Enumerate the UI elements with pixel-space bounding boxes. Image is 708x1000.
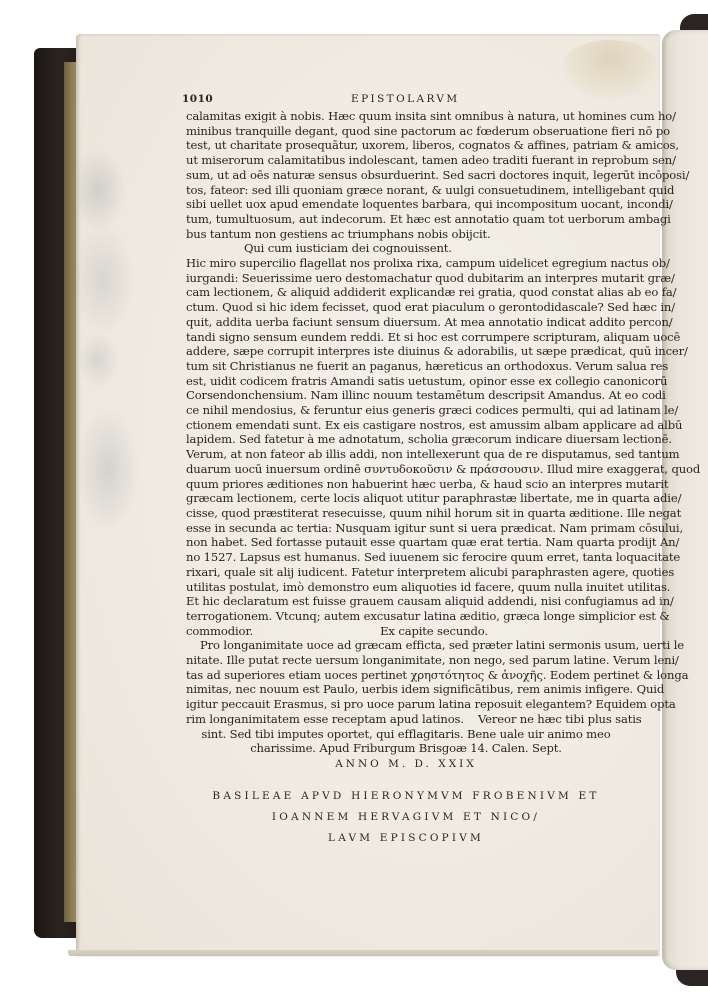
text-line: charissime. Apud Friburgum Brisgoæ 14. C… [186,741,626,756]
text-line-with-heading: commodior. Ex capite secundo. [186,624,626,639]
text-line: terrogationem. Vtcunq; autem excusatur l… [186,609,626,624]
text-line: addere, sæpe corrupit interpres iste diu… [186,344,626,359]
lemma-heading-1: Qui cum iusticiam dei cognouissent. [186,241,626,256]
text-line: minibus tranquille degant, quod sine pac… [186,124,626,139]
text-line: ce nihil mendosius, & feruntur eius gene… [186,403,626,418]
text-line: iurgandi: Seuerissime uero destomachatur… [186,271,626,286]
text-line: esse in secunda ac tertia: Nusquam igitu… [186,521,626,536]
text-fragment: commodior. [186,624,253,638]
text-line: græcam lectionem, certe locis aliquot ut… [186,491,626,506]
colophon-line: IOANNEM HERVAGIVM ET NICO/ [186,807,626,828]
text-line: tos, fateor: sed illi quoniam græce nora… [186,183,626,198]
text-line: tum, tumultuosum, aut indecorum. Et hæc … [186,212,626,227]
text-line: Hic miro supercilio flagellat nos prolix… [186,256,626,271]
text-line: cisse, quod præstiterat resecuisse, quum… [186,506,626,521]
running-title: EPISTOLARVM [351,93,460,105]
text-line: Corsendonchensium. Nam illinc nouum test… [186,388,626,403]
text-line: sint. Sed tibi imputes oportet, qui effl… [186,727,626,742]
text-line: Pro longanimitate uoce ad græcam efficta… [186,638,626,653]
text-line: non habet. Sed fortasse putauit esse qua… [186,535,626,550]
text-line: ut miserorum calamitatibus indolescant, … [186,153,626,168]
text-line: duarum uocū inuersum ordinē συντυδοκοῦσι… [186,462,626,477]
closing-paragraph: rim longanimitatem esse receptam apud la… [186,712,626,756]
paragraph-1: calamitas exigit à nobis. Hæc quum insit… [186,109,626,241]
paragraph-3: Pro longanimitate uoce ad græcam efficta… [186,638,626,712]
text-line: sibi uellet uox apud emendate loquentes … [186,197,626,212]
text-line: rixari, quale sit alij iudicent. Fatetur… [186,565,626,580]
text-line: sum, ut ad oēs naturæ sensus obsurduerin… [186,168,626,183]
text-line: rim longanimitatem esse receptam apud la… [186,712,626,727]
text-line: tum sit Christianus ne fuerit an paganus… [186,359,626,374]
text-line: est, uidit codicem fratris Amandi satis … [186,374,626,389]
text-line: igitur peccauit Erasmus, si pro uoce par… [186,697,626,712]
running-head: 1010 EPISTOLARVM [186,93,626,109]
folio-number: 1010 [182,93,213,105]
text-line: utilitas postulat, imò demonstro eum ali… [186,580,626,595]
text-line: ctum. Quod si hic idem fecisset, quod er… [186,300,626,315]
page-bottom-edge [68,950,658,956]
water-stain-top [560,40,660,100]
text-line: nitate. Ille putat recte uersum longanim… [186,653,626,668]
text-line: quum priores æditiones non habuerint hæc… [186,477,626,492]
date-line: ANNO M. D. XXIX [186,756,626,772]
text-line: nimitas, nec nouum est Paulo, uerbis ide… [186,682,626,697]
water-stain-left-margin [78,150,158,530]
text-line: tandi signo sensum eundem reddi. Et si h… [186,330,626,345]
text-line: Verum, at non fateor ab illis addi, non … [186,447,626,462]
text-line: Et hic declaratum est fuisse grauem caus… [186,594,626,609]
text-line: ctionem emendati sunt. Ex eis castigare … [186,418,626,433]
text-line: no 1527. Lapsus est humanus. Sed iuuenem… [186,550,626,565]
text-line: quit, addita uerba faciunt sensum diuers… [186,315,626,330]
book-photograph: 1010 EPISTOLARVM calamitas exigit à nobi… [0,0,708,1000]
colophon-line: BASILEAE APVD HIERONYMVM FROBENIVM ET [186,786,626,807]
text-line: bus tantum non gestiens ac triumphans no… [186,227,626,242]
text-line: calamitas exigit à nobis. Hæc quum insit… [186,109,626,124]
colophon-line: LAVM EPISCOPIVM [186,828,626,849]
lemma-heading-2: Ex capite secundo. [380,624,488,638]
text-line: test, ut charitate prosequātur, uxorem, … [186,138,626,153]
colophon: BASILEAE APVD HIERONYMVM FROBENIVM ET IO… [186,786,626,849]
text-line: lapidem. Sed fatetur à me adnotatum, sch… [186,432,626,447]
text-line: tas ad superiores etiam uoces pertinet χ… [186,668,626,683]
text-block: 1010 EPISTOLARVM calamitas exigit à nobi… [186,93,626,849]
paragraph-2: Hic miro supercilio flagellat nos prolix… [186,256,626,638]
text-line: cam lectionem, & aliquid addiderit expli… [186,285,626,300]
